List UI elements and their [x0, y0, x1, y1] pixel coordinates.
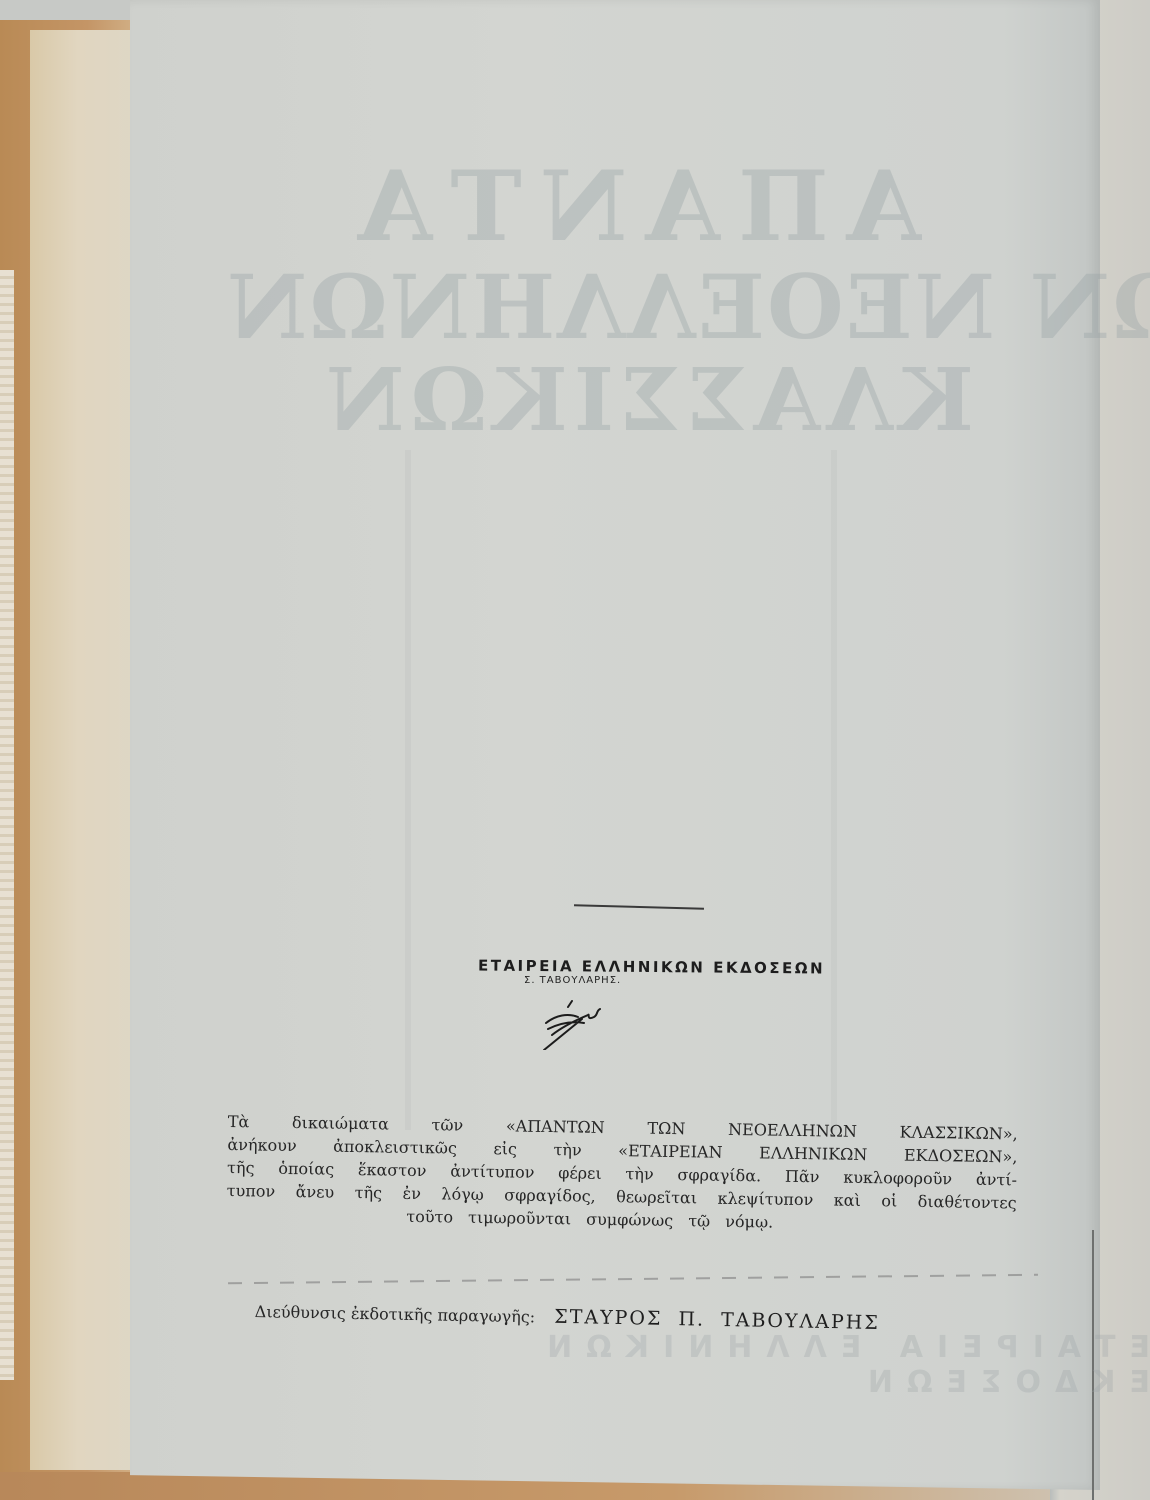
show-through-title-line1: ΑΠΑΝΤΑ	[340, 150, 921, 263]
address-label: Διεύθυνσις ἐκδοτικῆς παραγωγῆς:	[255, 1302, 536, 1326]
show-through-title-line3: ΚΛΑΣΣΙΚΩΝ	[320, 350, 974, 451]
publisher-stamp-owner: Σ. ΤΑΒΟΥΛΑΡΗΣ.	[524, 975, 621, 986]
show-through-title-line2: ΤΩΝ ΝΕΟΕΛΛΗΝΩΝ	[225, 255, 1150, 359]
show-through-frame	[405, 450, 837, 1130]
signature-icon	[538, 995, 608, 1050]
show-through-publisher: ΕΤΑΙΡΕΙΑ ΕΛΛΗΝΙΚΩΝ ΕΚΔΟΣΕΩΝ	[250, 1330, 1150, 1400]
wood-surface	[0, 270, 14, 1380]
copyright-notice: Τὰ δικαιώματα τῶν «ΑΠΑΝΤΩΝ ΤΩΝ ΝΕΟΕΛΛΗΝΩ…	[226, 1110, 1018, 1237]
